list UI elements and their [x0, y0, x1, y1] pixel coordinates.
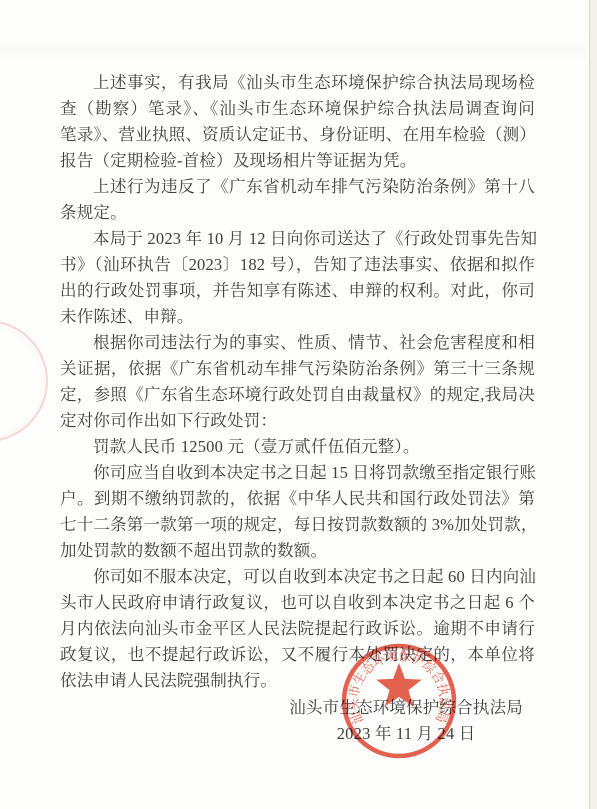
paragraph: 上述行为违反了《广东省机动车排气污染防治条例》第十八条规定。 [60, 174, 535, 226]
body-line: 上述事实，有我局《汕头市生态环境保护综合执法局现场检 [60, 70, 535, 96]
body-line: 笔录》、营业执照、资质认定证书、身份证明、在用车检验（测） [60, 122, 535, 148]
paragraph: 你司应当自收到本决定书之日起 15 日将罚款缴至指定银行账户。到期不缴纳罚款的，… [60, 460, 535, 564]
body-line: 未作陈述、申辩。 [60, 304, 535, 330]
body-line: 头市人民政府申请行政复议，也可以自收到本决定书之日起 6 个 [60, 590, 535, 616]
body-line: 定，参照《广东省生态环境行政处罚自由裁量权》的规定,我局决 [60, 382, 535, 408]
body-line: 加处罚款的数额不超出罚款的数额。 [60, 538, 535, 564]
body-line: 罚款人民币 12500 元（壹万贰仟伍佰元整）。 [60, 434, 535, 460]
body-line: 书》（汕环执告〔2023〕182 号），告知了违法事实、依据和拟作 [60, 252, 535, 278]
document-body: 上述事实，有我局《汕头市生态环境保护综合执法局现场检查（勘察）笔录》、《汕头市生… [60, 70, 535, 694]
scanned-document-page: 上述事实，有我局《汕头市生态环境保护综合执法局现场检查（勘察）笔录》、《汕头市生… [0, 0, 597, 809]
body-line: 你司如不服本决定，可以自收到本决定书之日起 60 日内向汕 [60, 564, 535, 590]
paragraph: 罚款人民币 12500 元（壹万贰仟伍佰元整）。 [60, 434, 535, 460]
paragraph: 本局于 2023 年 10 月 12 日向你司送达了《行政处罚事先告知书》（汕环… [60, 226, 535, 330]
body-line: 本局于 2023 年 10 月 12 日向你司送达了《行政处罚事先告知 [60, 226, 535, 252]
body-line: 报告（定期检验-首检）及现场相片等证据为凭。 [60, 148, 535, 174]
body-line: 七十二条第一款第一项的规定，每日按罚款数额的 3%加处罚款， [60, 512, 535, 538]
partial-red-stamp [0, 320, 48, 442]
body-line: 定对你司作出如下行政处罚： [60, 408, 535, 434]
paragraph: 根据你司违法行为的事实、性质、情节、社会危害程度和相关证据，依据《广东省机动车排… [60, 330, 535, 434]
paragraph: 上述事实，有我局《汕头市生态环境保护综合执法局现场检查（勘察）笔录》、《汕头市生… [60, 70, 535, 174]
seal-star-icon [376, 663, 422, 706]
body-line: 户。到期不缴纳罚款的，依据《中华人民共和国行政处罚法》第 [60, 486, 535, 512]
official-seal: 汕头市生态环境保护综合执法局 [328, 628, 470, 770]
body-line: 根据你司违法行为的事实、性质、情节、社会危害程度和相 [60, 330, 535, 356]
body-line: 上述行为违反了《广东省机动车排气污染防治条例》第十八 [60, 174, 535, 200]
body-line: 你司应当自收到本决定书之日起 15 日将罚款缴至指定银行账 [60, 460, 535, 486]
scan-artifact [0, 38, 587, 64]
body-line: 出的行政处罚事项，并告知享有陈述、申辩的权利。对此，你司 [60, 278, 535, 304]
page-edge-shadow [589, 0, 597, 809]
body-line: 关证据，依据《广东省机动车排气污染防治条例》第三十三条规 [60, 356, 535, 382]
body-line: 条规定。 [60, 200, 535, 226]
body-line: 查（勘察）笔录》、《汕头市生态环境保护综合执法局调查询问 [60, 96, 535, 122]
